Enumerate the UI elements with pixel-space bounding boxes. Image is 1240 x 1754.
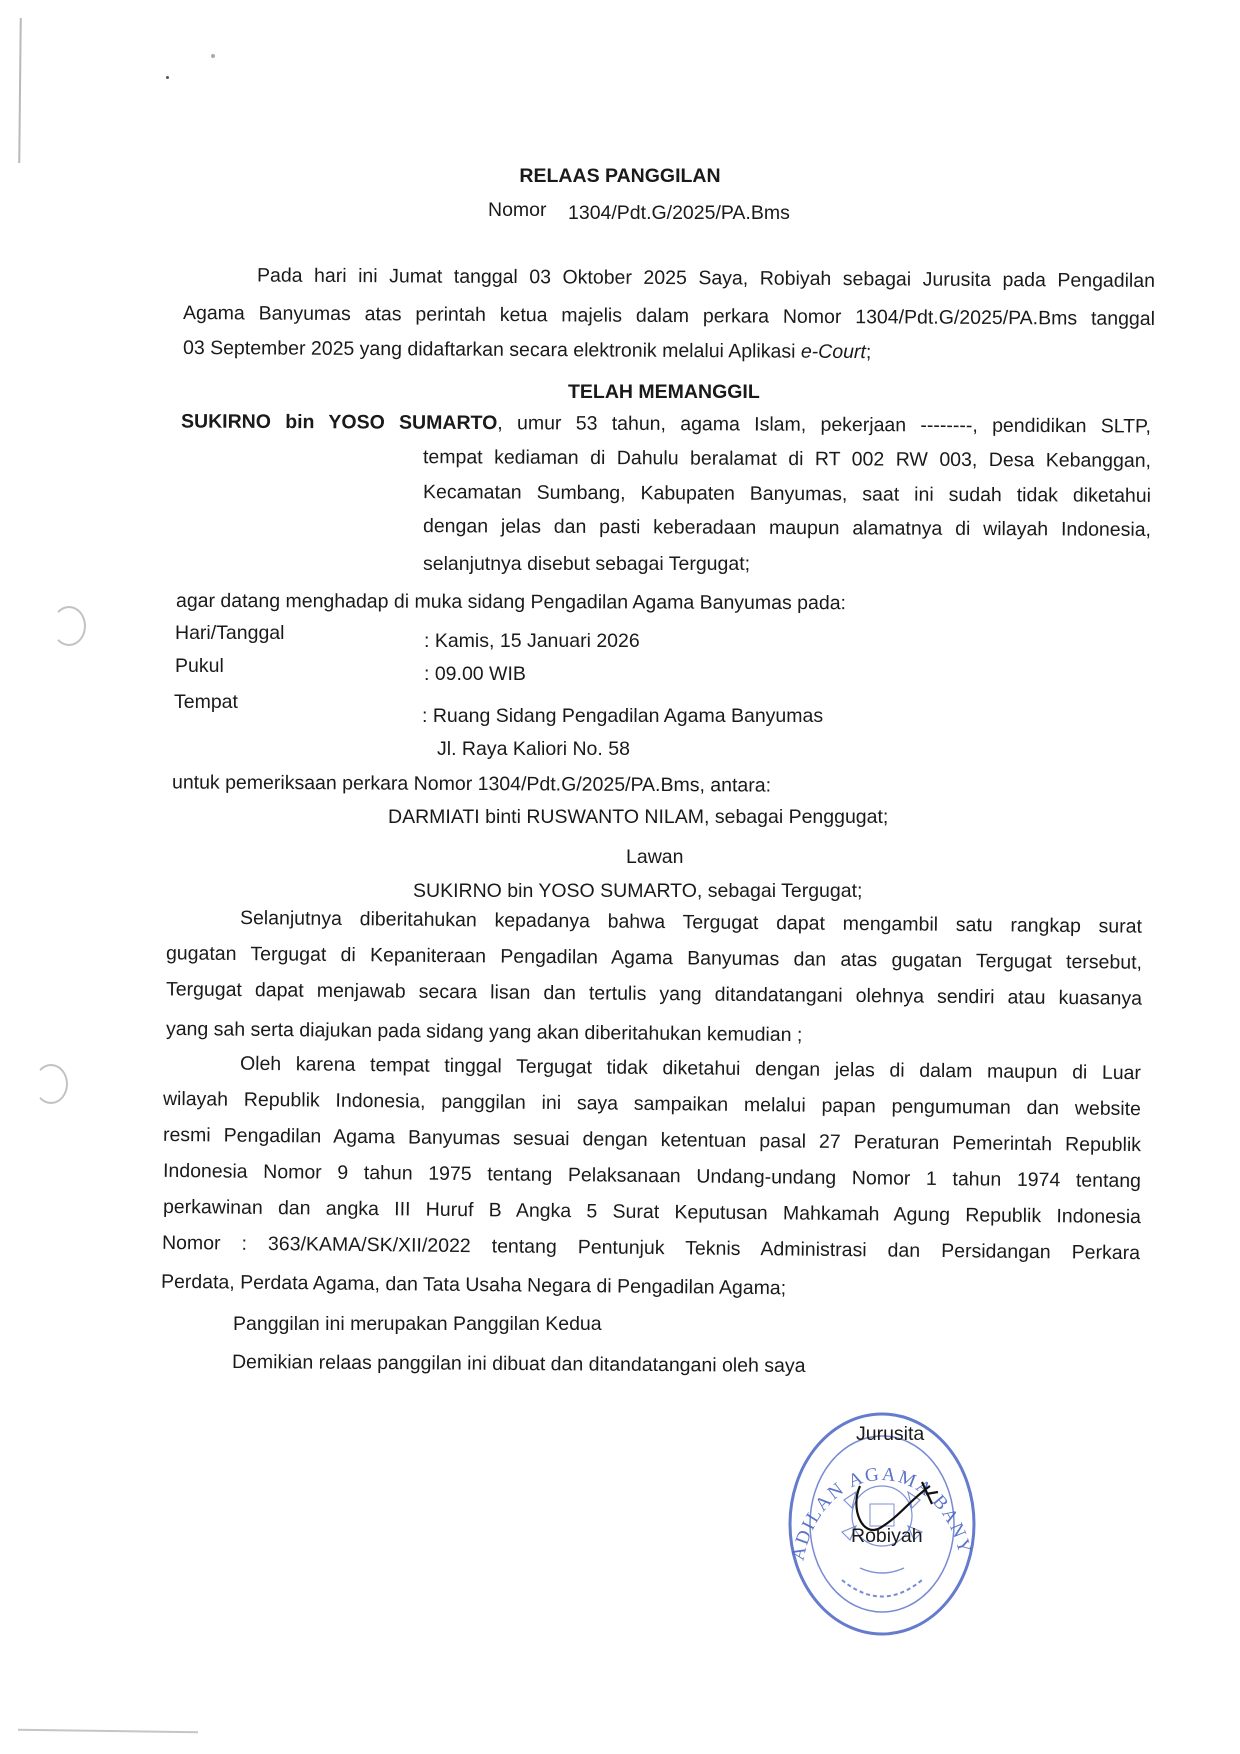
- appear-intro: agar datang menghadap di muka sidang Pen…: [176, 589, 846, 615]
- court-address: Jl. Raya Kaliori No. 58: [437, 737, 630, 761]
- reason-line: Oleh karena tempat tinggal Tergugat tida…: [163, 1051, 1141, 1085]
- case-reference: untuk pemeriksaan perkara Nomor 1304/Pdt…: [172, 770, 771, 797]
- signer-name: Robiyah: [851, 1524, 923, 1548]
- notice-line: Tergugat dapat menjawab secara lisan dan…: [166, 977, 1142, 1010]
- schedule-label: Hari/Tanggal: [175, 621, 284, 645]
- scan-speck: [211, 54, 215, 58]
- reason-line: wilayah Republik Indonesia, panggilan in…: [163, 1087, 1141, 1121]
- opening-line: 03 September 2025 yang didaftarkan secar…: [183, 336, 871, 364]
- summoned-heading: TELAH MEMANGGIL: [568, 380, 760, 404]
- scan-edge-line: [18, 1729, 198, 1734]
- reason-line: perkawinan dan angka III Huruf B Angka 5…: [163, 1195, 1141, 1229]
- closing-statement: Demikian relaas panggilan ini dibuat dan…: [232, 1350, 806, 1378]
- signer-role: Jurusita: [856, 1422, 924, 1446]
- defendant-line: SUKIRNO bin YOSO SUMARTO, umur 53 tahun,…: [181, 409, 1151, 438]
- case-number: 1304/Pdt.G/2025/PA.Bms: [568, 201, 790, 225]
- reason-line: Nomor : 363/KAMA/SK/XII/2022 tentang Pen…: [162, 1231, 1140, 1265]
- versus-label: Lawan: [626, 845, 683, 869]
- notice-line: gugatan Tergugat di Kepaniteraan Pengadi…: [166, 941, 1142, 974]
- reason-line: resmi Pengadilan Agama Banyumas sesuai d…: [163, 1123, 1141, 1157]
- notice-line: Selanjutnya diberitahukan kepadanya bahw…: [166, 905, 1142, 938]
- opening-line: Pada hari ini Jumat tanggal 03 Oktober 2…: [183, 263, 1155, 293]
- defendant-line: dengan jelas dan pasti keberadaan maupun…: [423, 514, 1151, 542]
- punch-hole-mark: [52, 606, 86, 646]
- plaintiff-line: DARMIATI binti RUSWANTO NILAM, sebagai P…: [388, 805, 888, 829]
- case-number-label: Nomor: [488, 198, 547, 222]
- schedule-value: : Kamis, 15 Januari 2026: [424, 629, 640, 653]
- ecourt-term: e-Court: [801, 341, 866, 363]
- schedule-label: Tempat: [174, 690, 238, 714]
- defendant-line: Kecamatan Sumbang, Kabupaten Banyumas, s…: [423, 480, 1151, 508]
- defendant-line: tempat kediaman di Dahulu beralamat di R…: [423, 445, 1151, 473]
- opening-line: Agama Banyumas atas perintah ketua majel…: [183, 301, 1155, 331]
- reason-line: Indonesia Nomor 9 tahun 1975 tentang Pel…: [163, 1159, 1141, 1193]
- punch-hole-mark: [34, 1064, 68, 1104]
- defendant-name: SUKIRNO bin YOSO SUMARTO: [181, 410, 497, 434]
- schedule-value: : Ruang Sidang Pengadilan Agama Banyumas: [422, 704, 823, 728]
- schedule-label: Pukul: [175, 654, 224, 678]
- document-title: RELAAS PANGGILAN: [0, 164, 1240, 188]
- opening-punct: ;: [866, 341, 872, 363]
- scan-edge-line: [18, 18, 22, 163]
- reason-line: Perdata, Perdata Agama, dan Tata Usaha N…: [161, 1270, 786, 1301]
- scan-speck: [166, 76, 169, 79]
- schedule-value: : 09.00 WIB: [424, 662, 526, 686]
- opening-text: 03 September 2025 yang didaftarkan secar…: [183, 337, 801, 363]
- defendant-line: selanjutnya disebut sebagai Tergugat;: [423, 552, 750, 576]
- defendant-details: , umur 53 tahun, agama Islam, pekerjaan …: [497, 412, 1151, 437]
- defendant-party-line: SUKIRNO bin YOSO SUMARTO, sebagai Tergug…: [413, 879, 862, 903]
- notice-line: yang sah serta diajukan pada sidang yang…: [166, 1017, 803, 1047]
- summons-type: Panggilan ini merupakan Panggilan Kedua: [233, 1312, 602, 1336]
